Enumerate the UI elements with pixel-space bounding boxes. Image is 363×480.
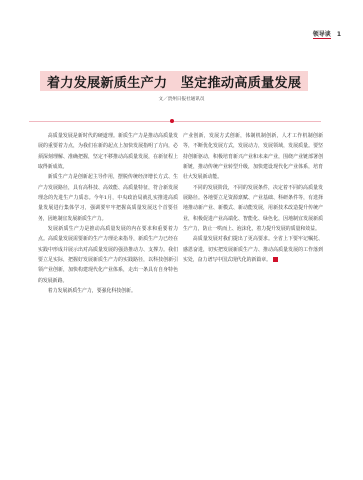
right-column: 产业创新，发展方式创新，体制机制创新，人才工作机制创新等，不断优化发展方式，发展… — [183, 131, 323, 265]
paragraph: 产业创新，发展方式创新，体制机制创新，人才工作机制创新等，不断优化发展方式，发展… — [183, 131, 323, 183]
divider-line — [29, 121, 321, 122]
paragraph: 新质生产力是创新起主导作用，摆脱传统经济增长方式、生产力发展路径，具有高科技、高… — [38, 172, 178, 224]
running-header: 领导谈 1 — [313, 29, 341, 39]
paragraph: 高质量发展是新时代的硬道理。新质生产力是推动高质量发展的重要着力点，为我们在新的… — [38, 131, 178, 172]
paragraph-text: 高质量发展对我们提出了更高要求。全省上下要牢记嘱托、感恩奋进，切实把发展新质生产… — [183, 236, 323, 263]
section-label: 领导谈 — [313, 29, 331, 39]
paragraph: 发展新质生产力是推动高质量发展的内在要求和重要着力点。高质量发展需要新的生产力理… — [38, 224, 178, 286]
paragraph: 着力发展新质生产力，要强化科技创新。 — [38, 286, 178, 296]
paragraph: 不同的发展阶段，不同的发展条件，决定着不同的高质量发展路径。各地要立足资源禀赋、… — [183, 183, 323, 235]
divider-ornament — [170, 119, 174, 123]
left-column: 高质量发展是新时代的硬道理。新质生产力是推动高质量发展的重要着力点，为我们在新的… — [38, 131, 178, 297]
byline: 文／贵州日报社通讯员 — [0, 96, 363, 102]
paragraph: 高质量发展对我们提出了更高要求。全省上下要牢记嘱托、感恩奋进，切实把发展新质生产… — [183, 234, 323, 265]
end-of-article-icon — [273, 257, 278, 262]
page-number: 1 — [337, 31, 341, 38]
title-band: 着力发展新质生产力 坚定推动高质量发展 — [40, 71, 308, 91]
article-title: 着力发展新质生产力 坚定推动高质量发展 — [47, 72, 301, 91]
